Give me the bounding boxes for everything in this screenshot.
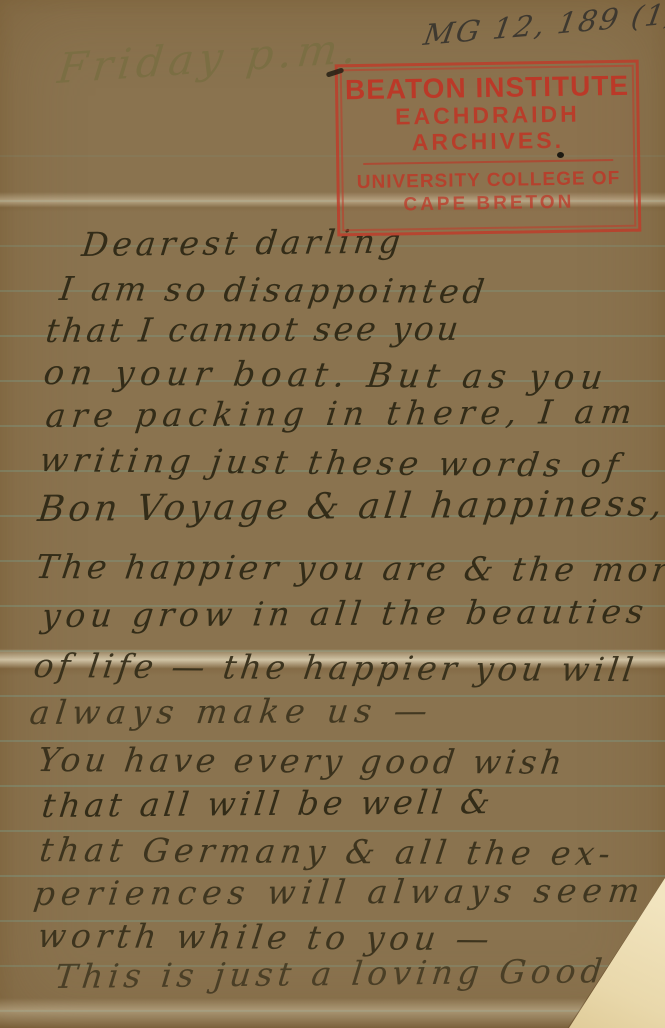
handwritten-line: that all will be well & xyxy=(40,785,496,822)
handwritten-line: that I cannot see you xyxy=(44,312,463,347)
handwritten-line: are packing in there, I am xyxy=(44,395,640,432)
archive-stamp-inner-border: BEATON INSTITUTE EACHDRAIDH ARCHIVES. UN… xyxy=(340,65,637,232)
handwritten-line: that Germany & all the ex- xyxy=(38,833,617,870)
handwritten-line: periences will always seem xyxy=(32,874,647,910)
handwritten-line: writing just these words of xyxy=(38,443,626,482)
handwritten-line: You have every good wish xyxy=(36,743,568,779)
handwritten-line: This is just a loving Good xyxy=(53,954,609,993)
handwritten-line: The happier you are & the more xyxy=(34,550,665,586)
stamp-institute-name: BEATON INSTITUTE xyxy=(342,70,632,106)
handwritten-line: I am so disappointed xyxy=(58,272,490,308)
archive-stamp: BEATON INSTITUTE EACHDRAIDH ARCHIVES. UN… xyxy=(335,60,642,237)
ink-dot xyxy=(557,152,564,158)
stamp-archives-label: ARCHIVES. xyxy=(343,126,633,156)
handwritten-line: you grow in all the beauties xyxy=(40,595,650,632)
handwritten-line: Bon Voyage & all happiness, xyxy=(36,487,665,528)
handwritten-line: worth while to you — xyxy=(36,919,496,955)
handwritten-line: always make us — xyxy=(28,694,435,729)
stamp-divider-line xyxy=(364,159,613,165)
scanned-letter-page: Friday p.m. MG 12, 189 (1) BEATON INSTIT… xyxy=(0,0,665,1028)
stamp-university-line: UNIVERSITY COLLEGE OF xyxy=(343,167,633,195)
stamp-cape-breton-line: CAPE BRETON xyxy=(344,190,634,217)
handwritten-line: on your boat. But as you xyxy=(42,356,611,395)
handwritten-line: of life — the happier you will xyxy=(32,649,639,686)
